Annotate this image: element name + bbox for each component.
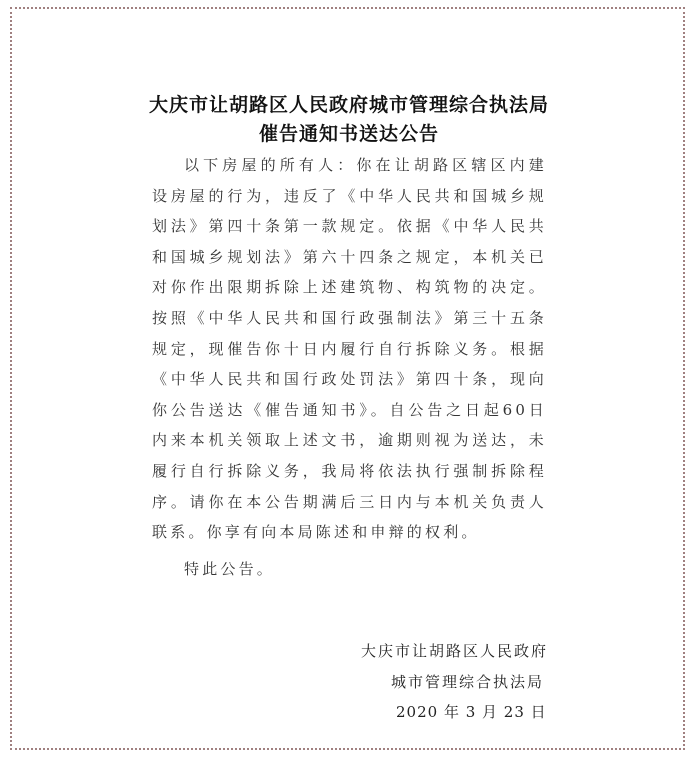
signature-org-line1: 大庆市让胡路区人民政府 (361, 640, 548, 661)
signature-org-line2: 城市管理综合执法局 (391, 671, 544, 692)
document-title-line1: 大庆市让胡路区人民政府城市管理综合执法局 (0, 90, 698, 117)
signature-date: 2020 年 3 月 23 日 (396, 701, 547, 722)
body-paragraph: 以下房屋的所有人：你在让胡路区辖区内建设房屋的行为，违反了《中华人民共和国城乡规… (152, 150, 547, 548)
closing-text: 特此公告。 (152, 554, 547, 585)
document-title-line2: 催告通知书送达公告 (0, 119, 698, 146)
notice-body: 以下房屋的所有人：你在让胡路区辖区内建设房屋的行为，违反了《中华人民共和国城乡规… (152, 150, 547, 584)
